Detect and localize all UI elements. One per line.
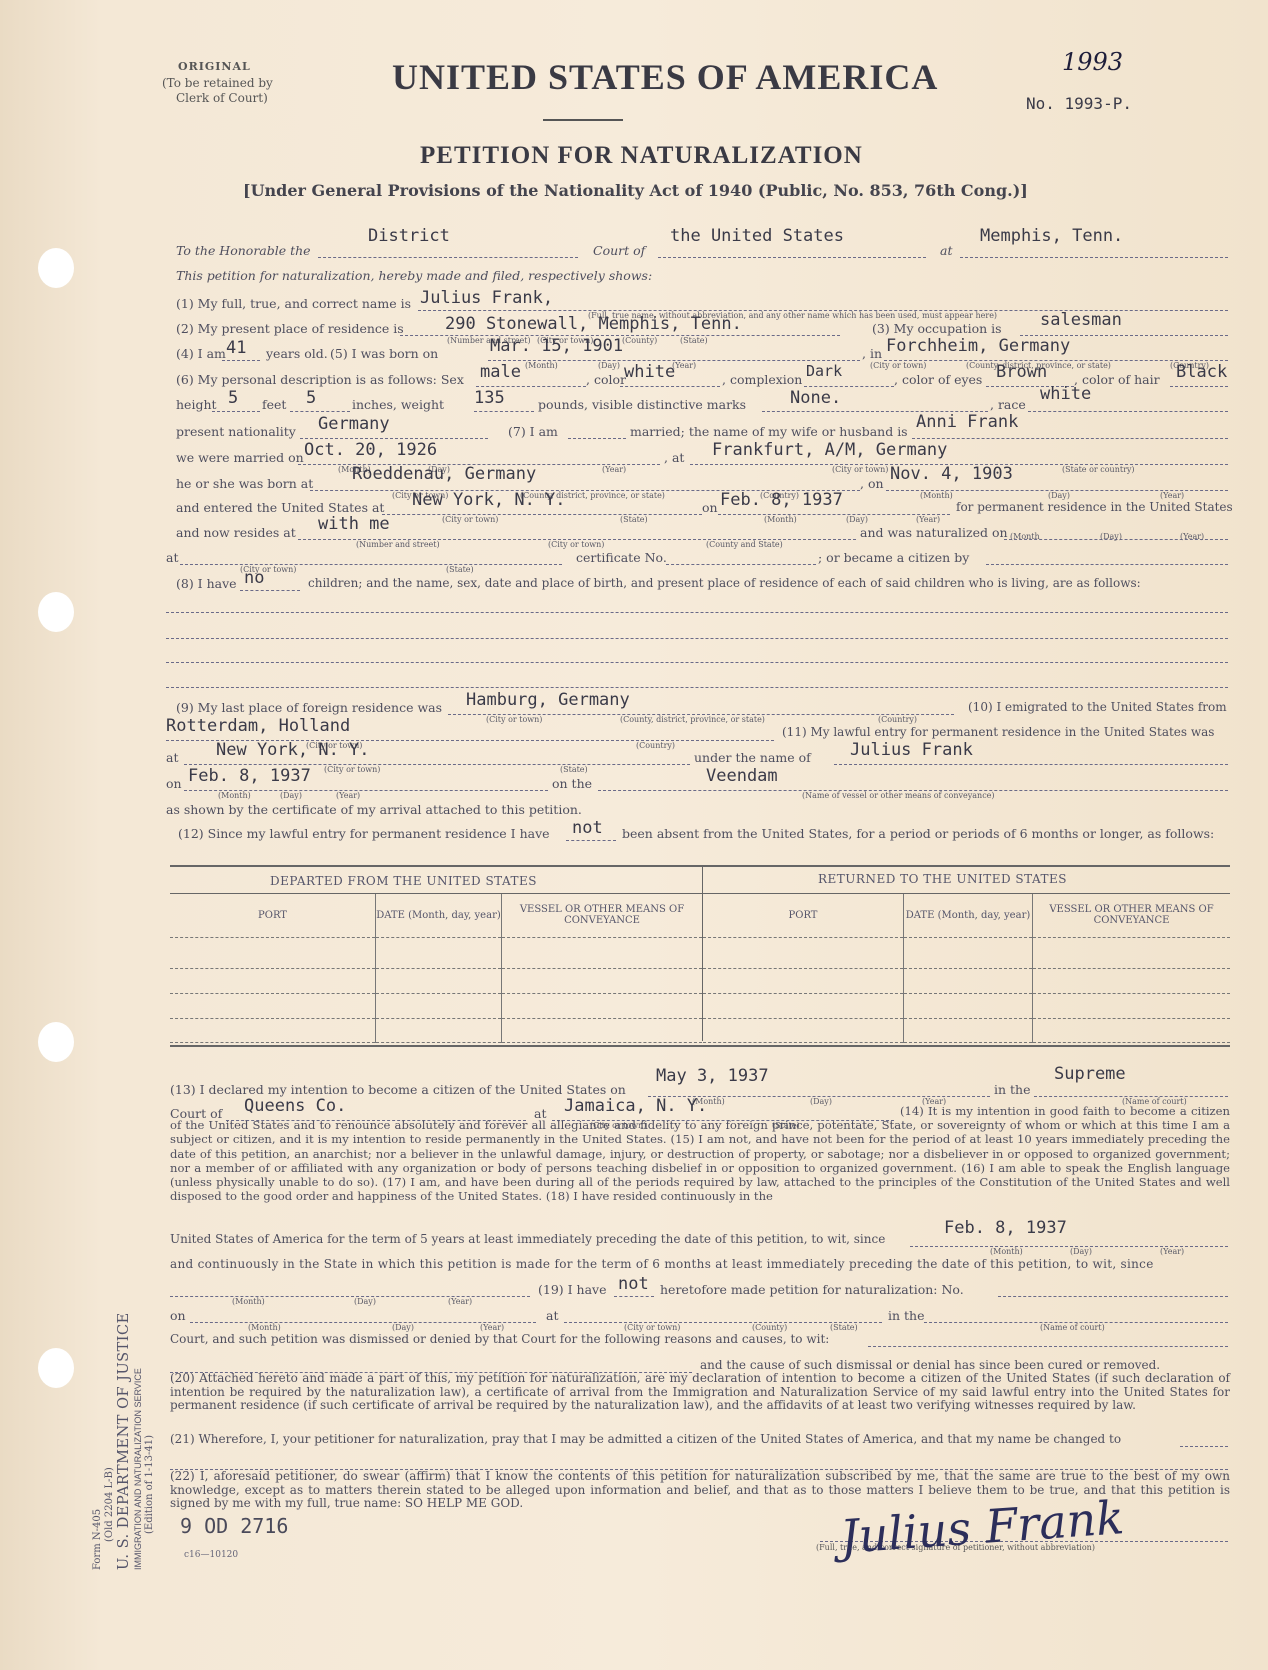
caption: (Month) [920,491,953,500]
label: and the cause of such dismissal or denia… [700,1358,1160,1372]
birth-date-field[interactable]: Mar. 15, 1901 [490,336,623,356]
table-row [703,968,1230,993]
caption: (Month) [218,791,251,800]
table-cell[interactable] [904,937,1033,968]
label: at [546,1308,558,1323]
table-cell[interactable] [703,968,904,993]
label: at [166,550,178,565]
label: (6) My personal description is as follow… [176,372,464,387]
label: years old. [266,346,328,361]
label: on [170,1308,186,1323]
caption: (Country) [636,741,675,750]
caption: (State) [830,1323,858,1332]
label: and continuously in the State in which t… [170,1257,1154,1271]
nationality-field[interactable]: Germany [318,414,390,434]
label: pounds, visible distinctive marks [538,397,746,412]
edition: (Edition of 1-13-41) [144,1312,156,1570]
label: and was naturalized on [860,525,1008,540]
stamp-number: 9 OD 2716 [180,1514,288,1538]
column-header: DATE (Month, day, year) [376,894,502,937]
caption: (Day) [598,361,620,370]
label: been absent from the United States, for … [622,826,1214,841]
eye-color-field[interactable]: Brown [996,362,1047,382]
spouse-entry-place-field[interactable]: New York, N. Y. [412,490,566,510]
label: (10) I emigrated to the United States fr… [968,700,1227,714]
naturalization-petition-page: ORIGINAL (To be retained by Clerk of Cou… [0,0,1268,1670]
marriage-place-field[interactable]: Frankfurt, A/M, Germany [712,440,947,460]
caption: (City or town) [832,465,888,474]
label: under the name of [694,750,811,765]
label: as shown by the certificate of my arriva… [166,802,582,817]
height-inches-field[interactable]: 5 [306,388,316,408]
label: , color [586,372,626,387]
table-cell[interactable] [1033,968,1231,993]
caption: (Month) [990,1247,1023,1256]
caption: (City or town) [486,715,542,724]
caption: (Day) [354,1297,376,1306]
form-footer-vertical: Form N-405 (Old 2204 L-B) U. S. DEPARTME… [92,1312,156,1570]
original-label: ORIGINAL [178,60,251,73]
caption: (City or town) [624,1323,680,1332]
label: (5) I was born on [330,346,438,361]
label: we were married on [176,450,304,465]
clause-21: (21) Wherefore, I, your petitioner for n… [170,1432,1121,1446]
label: (9) My last place of foreign residence w… [176,700,442,715]
punch-hole [38,248,74,288]
label: (8) I have [176,576,237,591]
label: and entered the United States at [176,500,384,515]
caption: (City or town) [548,540,604,549]
table-cell[interactable] [1033,993,1231,1018]
label: (3) My occupation is [872,321,1002,336]
children-count-field[interactable]: no [244,568,264,588]
caption: (Name of court) [1040,1323,1105,1332]
table-cell[interactable] [703,937,904,968]
caption: (County) [752,1323,787,1332]
entry-date-field[interactable]: Feb. 8, 1937 [188,766,311,786]
caption: (Day) [392,1323,414,1332]
table-row [170,937,702,968]
table-cell[interactable] [376,968,502,993]
caption: (State) [620,515,648,524]
table-cell[interactable] [904,993,1033,1018]
title-rule [543,119,623,121]
height-feet-field[interactable]: 5 [228,388,238,408]
caption: (City or town) [442,515,498,524]
table-row [170,1018,702,1042]
label: height [176,397,217,412]
caption: (City or town) [324,765,380,774]
old-form-number: (Old 2204 L-B) [104,1312,116,1570]
complexion-field[interactable]: Dark [806,362,842,380]
label: , color of eyes [894,372,982,387]
table-row [703,1018,1230,1042]
column-header: PORT [703,894,904,937]
label: (7) I am [508,424,558,439]
departed-header: DEPARTED FROM THE UNITED STATES [270,874,537,888]
clause-18: (18) I have resided continuously in the [546,1189,773,1203]
color-field[interactable]: white [624,362,675,382]
label: in the [888,1308,925,1323]
caption: (Year) [916,515,940,524]
race-field[interactable]: white [1040,384,1091,404]
label: (2) My present place of residence is [176,321,404,336]
age-field[interactable]: 41 [226,338,246,358]
clauses-14-18: (14) It is my intention in good faith to… [170,1104,1230,1203]
petition-number: No. 1993-P. [1026,94,1132,113]
caption: (Year) [480,1323,504,1332]
occupation-field[interactable]: salesman [1040,310,1122,330]
column-header: DATE (Month, day, year) [904,894,1033,937]
declaration-date-field[interactable]: May 3, 1937 [656,1066,769,1086]
label: in the [994,1082,1031,1097]
caption: (Day) [1070,1247,1092,1256]
label: (13) I declared my intention to become a… [170,1082,626,1097]
column-header: PORT [170,894,376,937]
caption: (State) [680,336,708,345]
form-number: Form N-405 [92,1312,104,1570]
label: present nationality [176,424,296,439]
original-note: Clerk of Court) [176,91,268,105]
last-foreign-residence-field[interactable]: Hamburg, Germany [466,690,630,710]
entry-name-field[interactable]: Julius Frank [850,740,973,760]
caption: (Year) [672,361,696,370]
entry-place-field[interactable]: New York, N. Y. [216,740,370,760]
label: ; or became a citizen by [818,550,969,565]
service-name: IMMIGRATION AND NATURALIZATION SERVICE [132,1312,144,1570]
clause-20: (20) Attached hereto and made a part of … [170,1372,1230,1413]
label: (4) I am [176,346,226,361]
label: at [166,750,178,765]
spouse-birthplace-field[interactable]: Roeddenau, Germany [352,464,536,484]
table-cell[interactable] [1033,1018,1231,1042]
returned-table: PORT DATE (Month, day, year) VESSEL OR O… [703,894,1230,1043]
caption: (Name of vessel or other means of convey… [802,791,995,800]
handwritten-number: 1993 [1062,48,1123,76]
table-cell[interactable] [703,1018,904,1042]
caption: (County and State) [706,540,783,549]
label: , at [664,450,684,465]
table-row [703,937,1230,968]
caption: (City or town) [870,361,926,370]
table-cell[interactable] [904,1018,1033,1042]
caption: (Day) [1100,532,1122,541]
label: on [166,776,182,791]
court-location-field[interactable]: Memphis, Tenn. [980,226,1123,246]
distinctive-marks-field[interactable]: None. [790,388,841,408]
birth-place-field[interactable]: Forchheim, Germany [886,336,1070,356]
label: inches, weight [352,397,444,412]
caption: (Year) [448,1297,472,1306]
act-line: [Under General Provisions of the Nationa… [243,181,1028,200]
label: United States of America for the term of… [170,1232,885,1246]
label: (12) Since my lawful entry for permanent… [178,826,550,841]
caption: (Year) [1180,532,1204,541]
court-type-field[interactable]: District [368,226,450,246]
document-title: UNITED STATES OF AMERICA [392,56,938,98]
label: , on [860,476,884,491]
table-row [170,968,702,993]
table-cell[interactable] [502,1018,703,1042]
caption: (County, district, province, or state) [620,715,765,724]
table-cell[interactable] [502,937,703,968]
table-cell[interactable] [170,993,376,1018]
label: Court, and such petition was dismissed o… [170,1332,829,1346]
column-header: VESSEL OR OTHER MEANS OF CONVEYANCE [502,894,703,937]
label: (11) My lawful entry for permanent resid… [782,725,1214,739]
residence-field[interactable]: 290 Stonewall, Memphis, Tenn. [445,314,742,334]
label: children; and the name, sex, date and pl… [308,576,1141,590]
weight-field[interactable]: 135 [474,388,505,408]
table-cell[interactable] [502,968,703,993]
label: he or she was born at [176,476,313,491]
punch-hole [38,1022,74,1062]
table-cell[interactable] [376,993,502,1018]
label: Court of [593,243,645,258]
table-row [703,993,1230,1018]
vessel-field[interactable]: Veendam [706,766,778,786]
label: , race [990,397,1026,412]
court-of-field[interactable]: the United States [670,226,844,246]
caption: (State) [560,765,588,774]
returned-header: RETURNED TO THE UNITED STATES [818,872,1067,886]
column-header: VESSEL OR OTHER MEANS OF CONVEYANCE [1033,894,1231,937]
label: married; the name of my wife or husband … [630,424,908,439]
print-code: c16—10120 [184,1550,238,1560]
punch-hole [38,1348,74,1388]
table-cell[interactable] [703,993,904,1018]
hair-color-field[interactable]: Black [1176,362,1227,382]
caption: (Day) [280,791,302,800]
sex-field[interactable]: male [480,362,521,382]
emigrated-from-field[interactable]: Rotterdam, Holland [166,716,350,736]
label: at [940,243,952,258]
label: feet [262,397,286,412]
label: heretofore made petition for naturalizat… [660,1282,964,1297]
caption: (Day) [846,515,868,524]
caption: (Year) [1160,1247,1184,1256]
punch-hole [38,592,74,632]
table-cell[interactable] [170,968,376,993]
resided-since-field[interactable]: Feb. 8, 1937 [944,1218,1067,1238]
caption: (Month [1010,532,1040,541]
caption: (Day) [1048,491,1070,500]
previous-petition-field[interactable]: not [618,1274,649,1294]
marriage-date-field[interactable]: Oct. 20, 1926 [304,440,437,460]
departed-table: PORT DATE (Month, day, year) VESSEL OR O… [170,894,702,1043]
caption: (Month) [764,515,797,524]
table-row [170,993,702,1018]
label: (19) I have [538,1282,607,1297]
spouse-entry-date-field[interactable]: Feb. 8, 1937 [720,490,843,510]
caption: (Month) [525,361,558,370]
table-cell[interactable] [170,1018,376,1042]
intro-text: This petition for naturalization, hereby… [176,268,652,283]
label: for permanent residence in the United St… [956,500,1233,514]
document-subtitle: PETITION FOR NATURALIZATION [420,142,863,170]
table-cell[interactable] [376,1018,502,1042]
label: and now resides at [176,525,296,540]
caption: (Number and street) [356,540,440,549]
label: certificate No. [576,550,667,565]
caption: (Year) [602,465,626,474]
caption: (Year) [336,791,360,800]
caption: (Country) [878,715,917,724]
table-cell[interactable] [170,937,376,968]
label: on [702,500,718,515]
label: (1) My full, true, and correct name is [176,296,411,311]
caption: (Year) [1160,491,1184,500]
absence-field[interactable]: not [572,818,603,838]
table-cell[interactable] [502,993,703,1018]
caption: (State) [446,565,474,574]
label: , in [862,346,882,361]
label: To the Honorable the [176,243,311,258]
table-cell[interactable] [1033,937,1231,968]
spouse-name-field[interactable]: Anni Frank [916,412,1018,432]
spouse-residence-field[interactable]: with me [318,514,390,534]
department-name: U. S. DEPARTMENT OF JUSTICE [116,1312,132,1570]
label: , complexion [722,372,802,387]
table-cell[interactable] [904,968,1033,993]
full-name-field[interactable]: Julius Frank, [420,288,553,308]
caption: (County) [622,336,657,345]
table-cell[interactable] [376,937,502,968]
caption: (State or country) [1062,465,1135,474]
label: on the [552,776,592,791]
spouse-birth-date-field[interactable]: Nov. 4, 1903 [890,464,1013,484]
caption: (Month) [232,1297,265,1306]
caption: (Month) [248,1323,281,1332]
declaration-court-field[interactable]: Supreme [1054,1064,1126,1084]
original-note: (To be retained by [162,76,273,90]
